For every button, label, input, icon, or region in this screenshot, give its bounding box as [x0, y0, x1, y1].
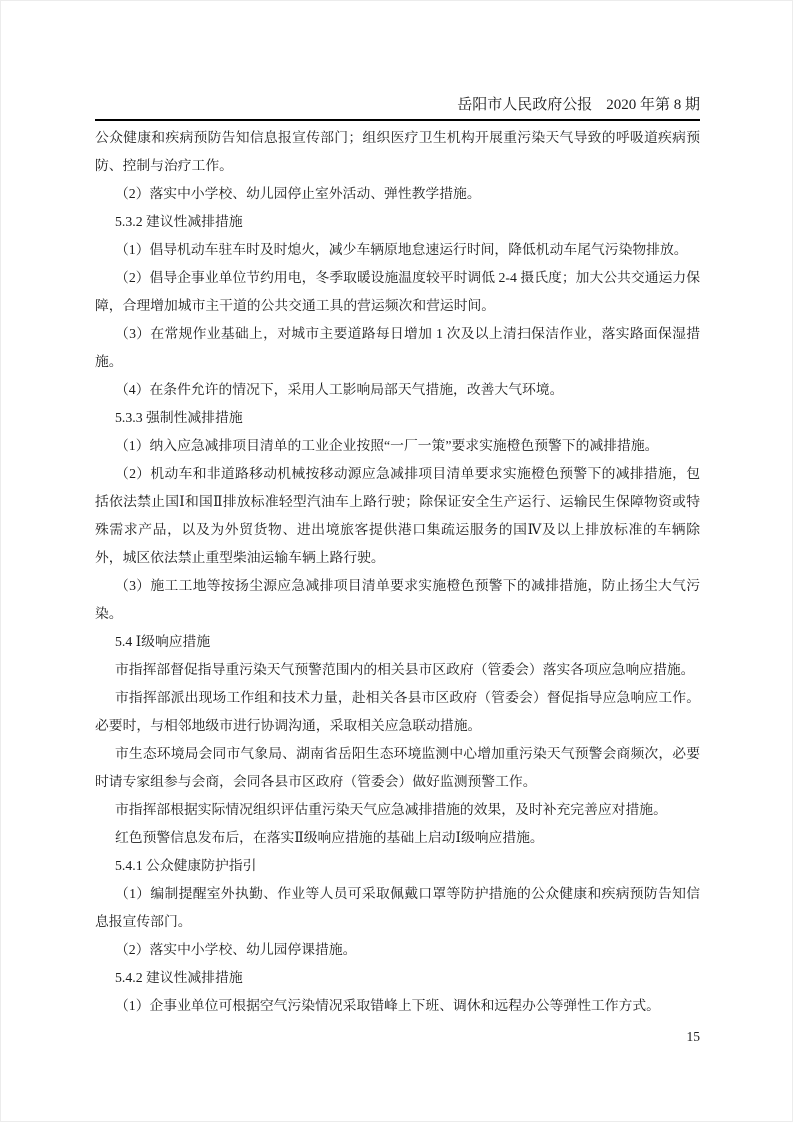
page-header: 岳阳市人民政府公报2020 年第 8 期: [95, 95, 700, 115]
header-rule: [95, 119, 700, 121]
paragraph: 5.3.2 建议性减排措施: [95, 208, 700, 236]
gazette-page: 岳阳市人民政府公报2020 年第 8 期 公众健康和疾病预防告知信息报宣传部门；…: [0, 0, 793, 1122]
paragraph: 市指挥部督促指导重污染天气预警范围内的相关县市区政府（管委会）落实各项应急响应措…: [95, 656, 700, 684]
paragraph: （2）倡导企事业单位节约用电，冬季取暖设施温度较平时调低 2-4 摄氏度；加大公…: [95, 264, 700, 320]
paragraph: （1）企事业单位可根据空气污染情况采取错峰上下班、调休和远程办公等弹性工作方式。: [95, 992, 700, 1020]
paragraph: （2）落实中小学校、幼儿园停课措施。: [95, 936, 700, 964]
paragraph: 市生态环境局会同市气象局、湖南省岳阳生态环境监测中心增加重污染天气预警会商频次，…: [95, 740, 700, 796]
paragraph: 公众健康和疾病预防告知信息报宣传部门；组织医疗卫生机构开展重污染天气导致的呼吸道…: [95, 124, 700, 180]
page-number: 15: [95, 1028, 700, 1046]
paragraph: （1）编制提醒室外执勤、作业等人员可采取佩戴口罩等防护措施的公众健康和疾病预防告…: [95, 880, 700, 936]
paragraph: 市指挥部派出现场工作组和技术力量，赴相关各县市区政府（管委会）督促指导应急响应工…: [95, 684, 700, 740]
paragraph: （2）落实中小学校、幼儿园停止室外活动、弹性教学措施。: [95, 180, 700, 208]
paragraph: （1）纳入应急减排项目清单的工业企业按照“一厂一策”要求实施橙色预警下的减排措施…: [95, 432, 700, 460]
paragraph: 5.4.1 公众健康防护指引: [95, 852, 700, 880]
issue-label: 2020 年第 8 期: [606, 97, 700, 113]
paragraph: （1）倡导机动车驻车时及时熄火，减少车辆原地怠速运行时间，降低机动车尾气污染物排…: [95, 236, 700, 264]
paragraph: 5.4 Ⅰ级响应措施: [95, 628, 700, 656]
paragraph: （2）机动车和非道路移动机械按移动源应急减排项目清单要求实施橙色预警下的减排措施…: [95, 460, 700, 572]
paragraph: 5.3.3 强制性减排措施: [95, 404, 700, 432]
paragraph: （3）施工工地等按扬尘源应急减排项目清单要求实施橙色预警下的减排措施，防止扬尘大…: [95, 572, 700, 628]
paragraph: （3）在常规作业基础上，对城市主要道路每日增加 1 次及以上清扫保洁作业，落实路…: [95, 320, 700, 376]
paragraph: 红色预警信息发布后，在落实Ⅱ级响应措施的基础上启动Ⅰ级响应措施。: [95, 824, 700, 852]
paragraph: 5.4.2 建议性减排措施: [95, 964, 700, 992]
document-body: 公众健康和疾病预防告知信息报宣传部门；组织医疗卫生机构开展重污染天气导致的呼吸道…: [95, 124, 700, 1020]
paragraph: （4）在条件允许的情况下，采用人工影响局部天气措施，改善大气环境。: [95, 376, 700, 404]
paragraph: 市指挥部根据实际情况组织评估重污染天气应急减排措施的效果，及时补充完善应对措施。: [95, 796, 700, 824]
journal-title: 岳阳市人民政府公报: [457, 97, 592, 113]
